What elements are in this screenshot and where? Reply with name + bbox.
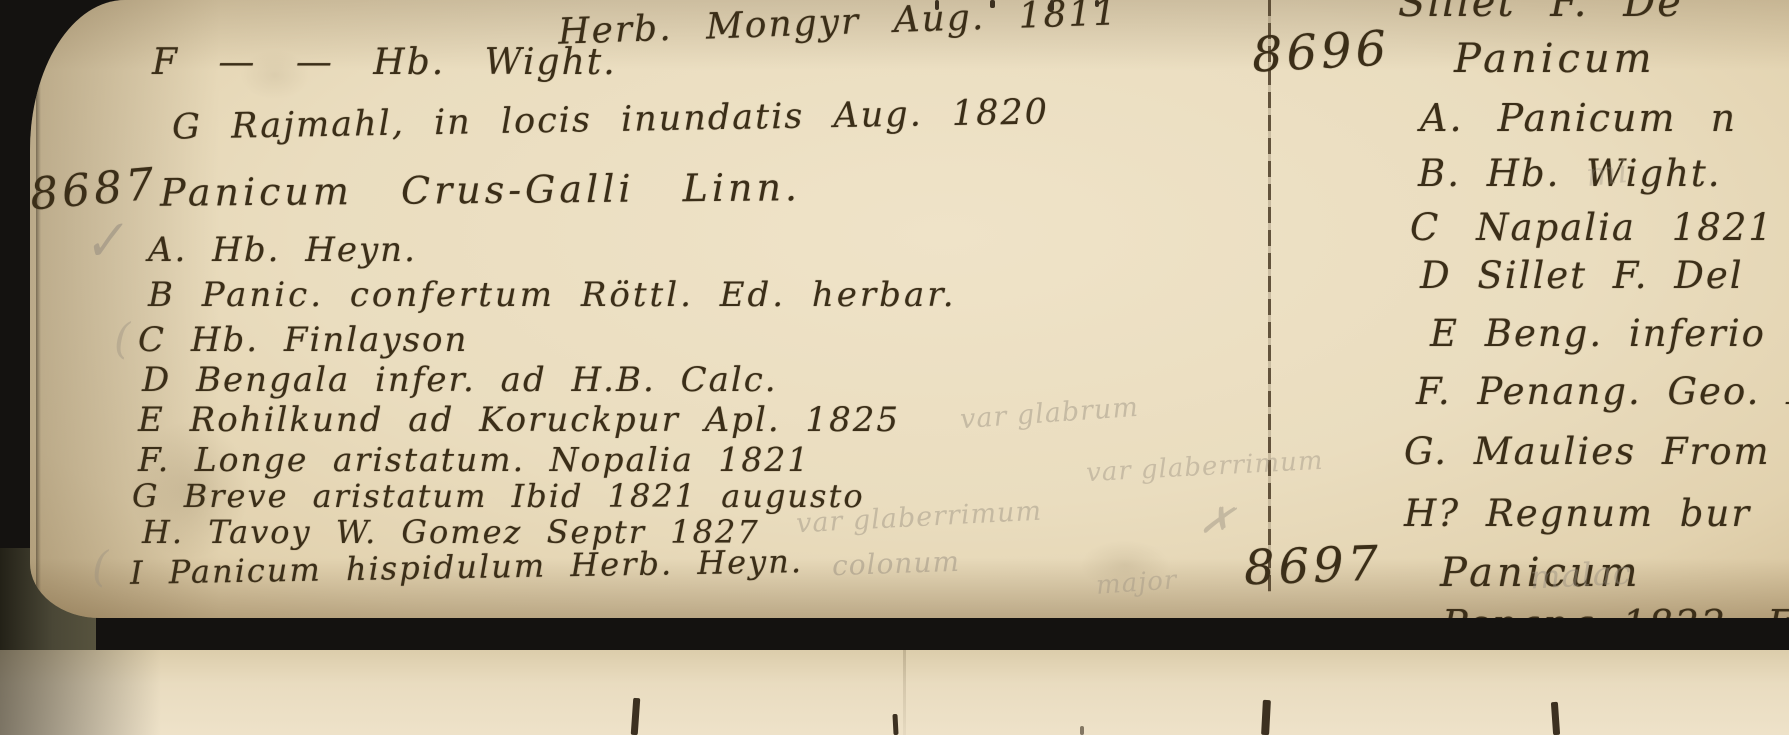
pencil-note-var-glabrum: var glabrum (959, 392, 1140, 435)
sub-line-c: C Hb. Finlayson (138, 320, 468, 360)
sub-line-d: D Sillet F. Del (1420, 254, 1744, 297)
entry-number-8696: 8696 (1251, 20, 1392, 83)
entry-line-g: G Rajmahl, in locis inundatis Aug. 1820 (172, 92, 1050, 147)
binding-shadow (0, 650, 230, 735)
catalogue-page: Herb. Mongyr Aug. 1811 F — — Hb. Wight. … (30, 0, 1789, 618)
cut-text-strokes (990, 0, 995, 8)
cut-text-strokes (1050, 0, 1054, 11)
pencil-note-colonum: colonum (831, 545, 960, 582)
sub-line-c: C Napalia 1821 (1410, 206, 1774, 249)
sub-line-h: H? Regnum bur (1404, 492, 1751, 535)
species-name-8696: Panicum (1454, 36, 1656, 82)
ink-stroke-mark (892, 714, 898, 735)
sub-line-e: E Beng. inferio (1430, 312, 1766, 355)
sub-line-d: D Bengala infer. ad H.B. Calc. (142, 360, 778, 400)
pencil-checkmark: ✓ (78, 209, 130, 275)
species-name-8687: Panicum Crus-Galli Linn. (160, 165, 801, 215)
pencil-note-after-wight: mi (1584, 152, 1630, 194)
sub-line-a: A. Hb. Heyn. (148, 230, 417, 270)
cut-text-strokes (935, 0, 939, 10)
sub-line-g: G. Maulies From (1404, 430, 1771, 473)
entry-number-8697: 8697 (1243, 536, 1383, 597)
cut-top-line-sillet: Sillet F. De (1398, 0, 1683, 26)
ink-stroke-mark (1080, 726, 1084, 735)
pencil-note-var-glaberrimum: var glaberrimum (1085, 446, 1324, 488)
pencil-note-major: major (1095, 565, 1178, 601)
sub-line-g: G Breve aristatum Ibid 1821 augusto (132, 477, 865, 515)
sub-line-a: A. Panicum n (1420, 96, 1737, 140)
sub-line-b: B. Hb. Wight. (1418, 152, 1722, 195)
sub-line-e: E Rohilkund ad Koruckpur Apl. 1825 (138, 400, 900, 440)
page-edge-line (36, 40, 41, 608)
sub-line-f: F. Penang. Geo. P (1416, 370, 1789, 413)
pencil-paren: ( (92, 542, 109, 591)
column-divider-rule (1268, 0, 1271, 592)
sub-line-b: B Panic. confertum Röttl. Ed. herbar. (148, 275, 957, 315)
sub-line-f: F. Longe aristatum. Nopalia 1821 (138, 440, 810, 479)
cut-text-strokes (1095, 0, 1099, 7)
paper-crease (903, 650, 906, 735)
pencil-note-after-8697: malac (1529, 553, 1633, 596)
pencil-cross-mark: ✗ (1197, 496, 1238, 546)
manuscript-scan: { "document_type": "handwritten herbariu… (0, 0, 1789, 735)
locality-line-8697: Penang 1822. Et (1442, 602, 1789, 618)
entry-line-f: F — — Hb. Wight. (152, 42, 617, 83)
pencil-paren: ( (114, 314, 131, 363)
